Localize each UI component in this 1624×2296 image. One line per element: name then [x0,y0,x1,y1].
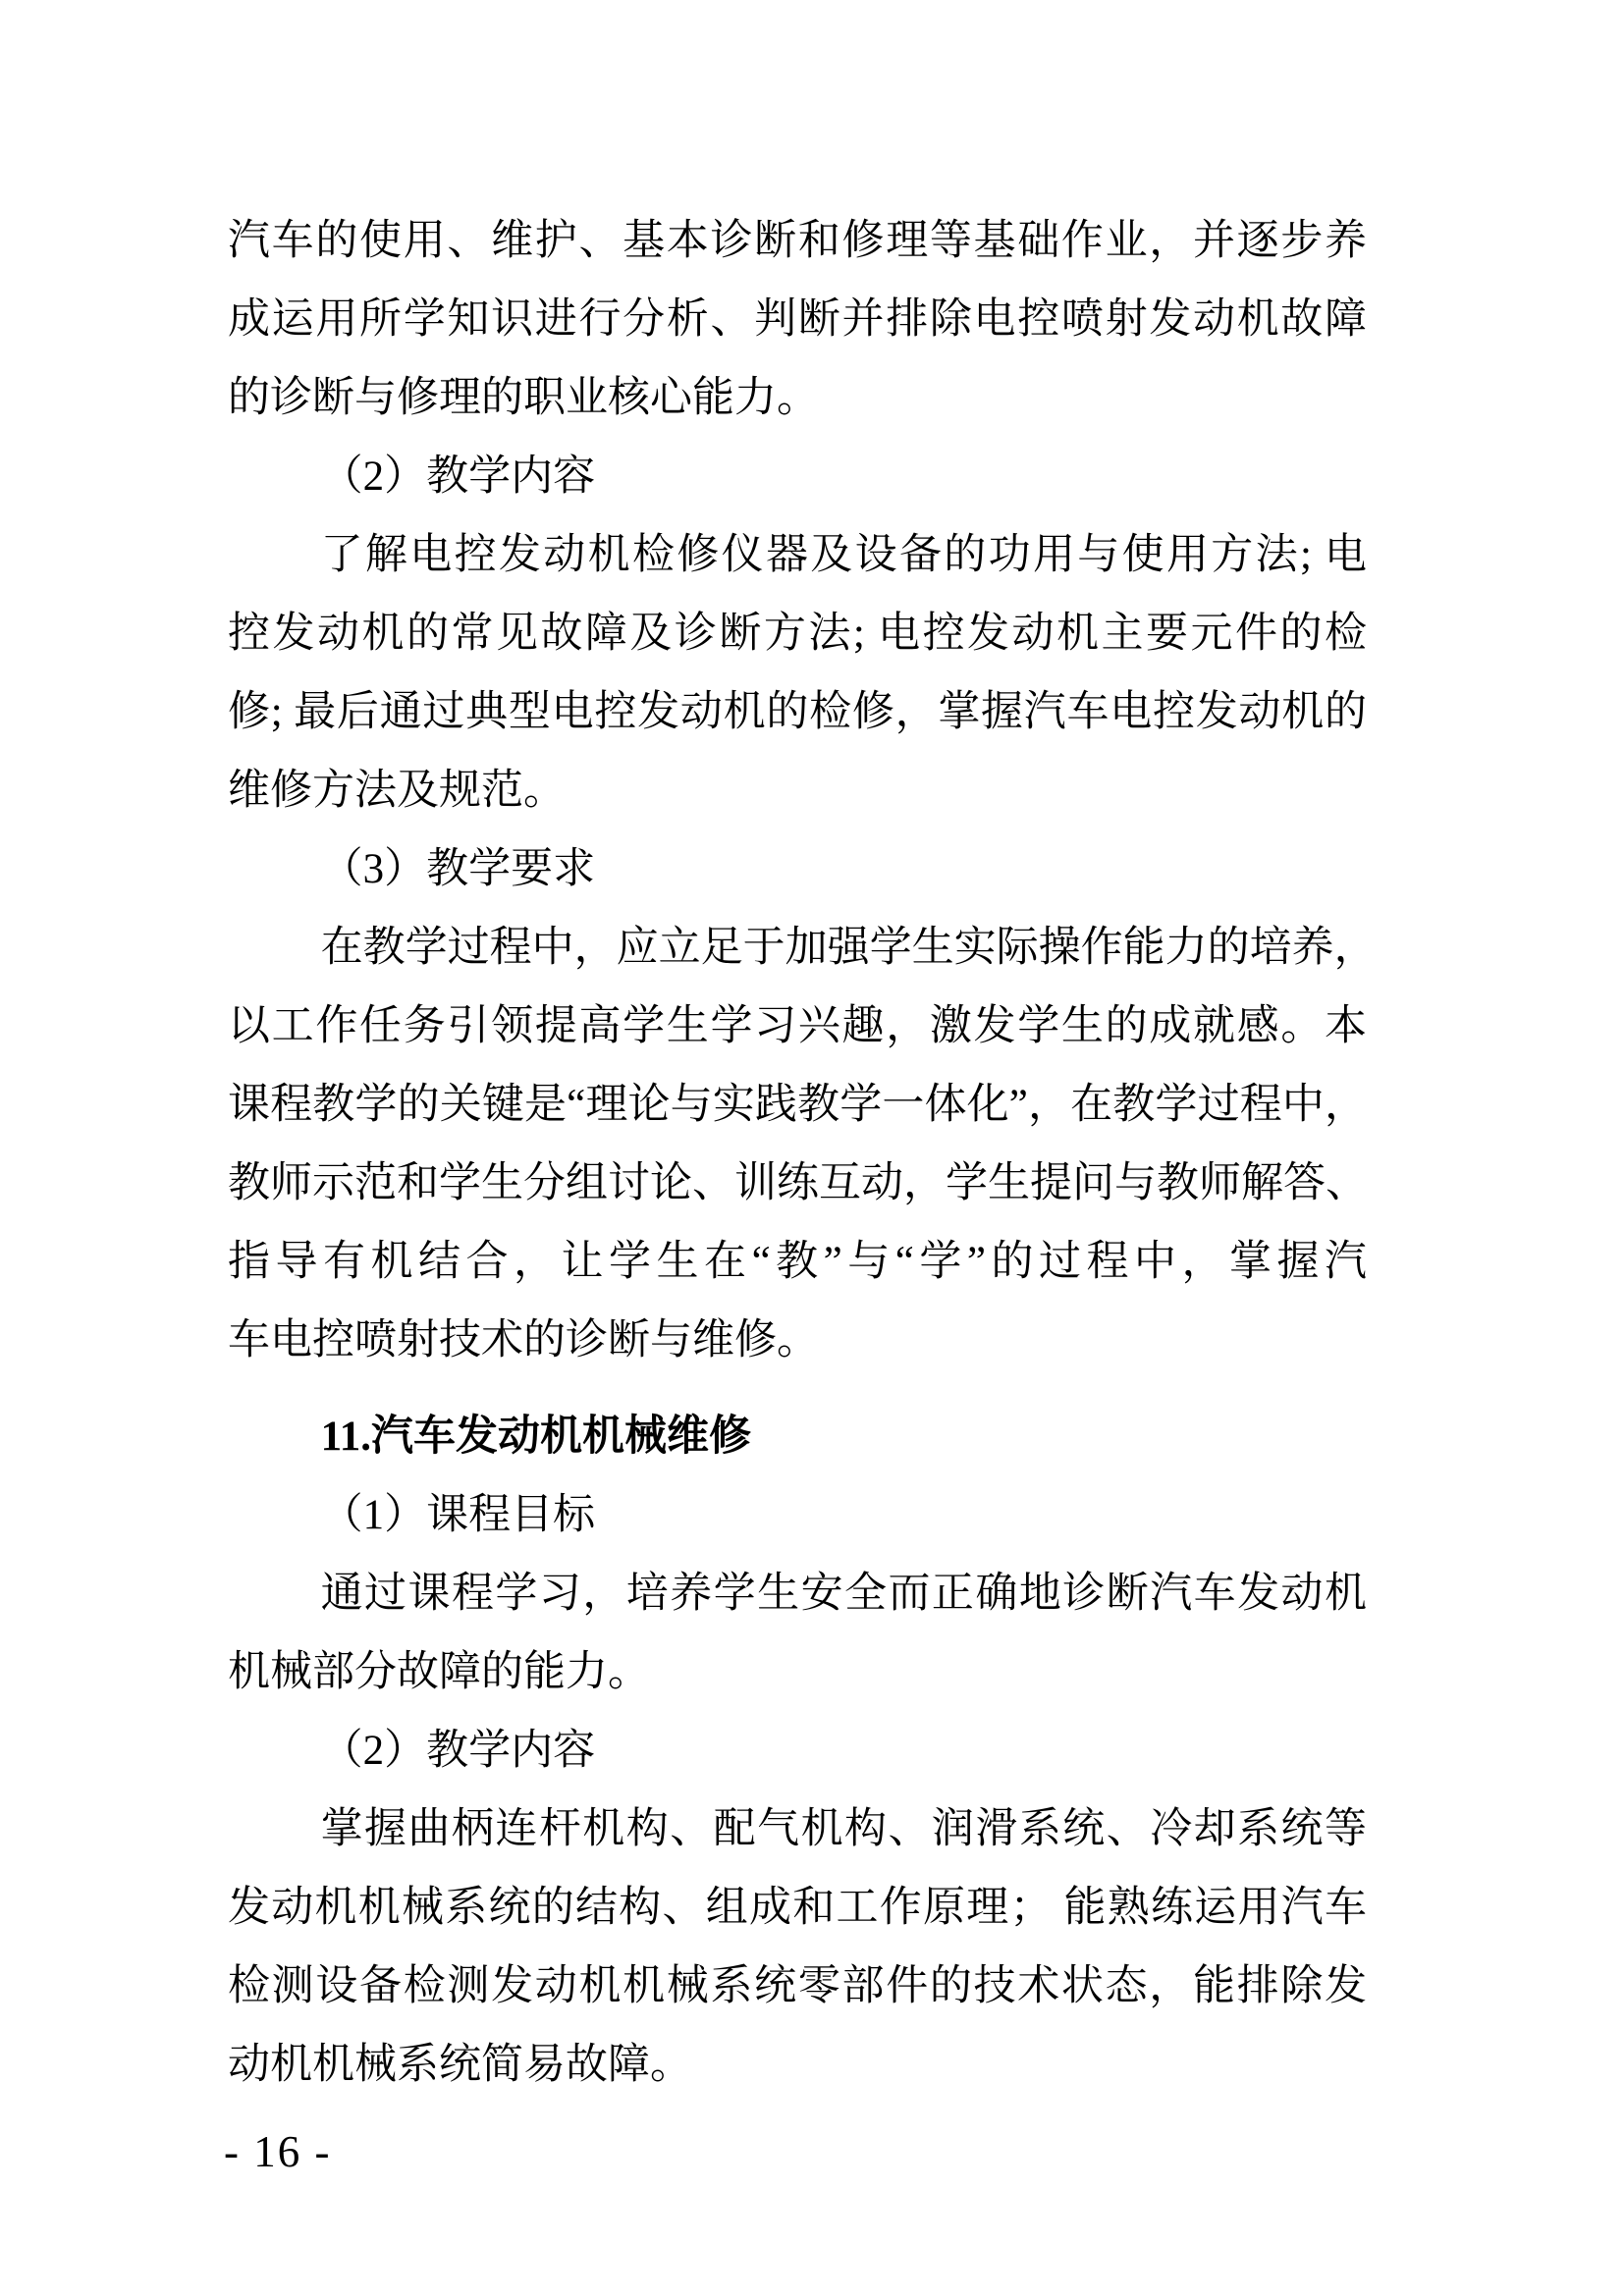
paragraph: 汽车的使用、维护、基本诊断和修理等基础作业，并逐步养成运用所学知识进行分析、判断… [228,202,1367,438]
text-line: 汽车的使用、维护、基本诊断和修理等基础作业，并逐步养 [228,202,1367,281]
paragraph: （2）教学内容 [228,438,1367,516]
paragraph: 掌握曲柄连杆机构、配气机构、润滑系统、冷却系统等发动机机械系统的结构、组成和工作… [228,1790,1367,2105]
text-line: （2）教学内容 [228,438,1367,516]
text-line: 动机机械系统简易故障。 [228,2026,1367,2105]
text-line: 指导有机结合，让学生在“教”与“学”的过程中，掌握汽 [228,1223,1367,1302]
text-line: （2）教学内容 [228,1712,1367,1790]
text-line: 车电控喷射技术的诊断与维修。 [228,1302,1367,1380]
section-heading: 11.汽车发动机机械维修 [228,1398,1367,1476]
paragraph: （3）教学要求 [228,830,1367,909]
text-line: （1）课程目标 [228,1476,1367,1555]
text-line: 教师示范和学生分组讨论、训练互动，学生提问与教师解答、 [228,1145,1367,1223]
text-line: 修; 最后通过典型电控发动机的检修，掌握汽车电控发动机的 [228,673,1367,752]
text-line: 通过课程学习，培养学生安全而正确地诊断汽车发动机 [228,1555,1367,1633]
paragraph: （2）教学内容 [228,1712,1367,1790]
text-line: 维修方法及规范。 [228,752,1367,830]
paragraph: （1）课程目标 [228,1476,1367,1555]
page-number: - 16 - [224,2127,331,2176]
page-body: 汽车的使用、维护、基本诊断和修理等基础作业，并逐步养成运用所学知识进行分析、判断… [228,202,1367,2105]
text-line: 掌握曲柄连杆机构、配气机构、润滑系统、冷却系统等 [228,1790,1367,1869]
text-line: 以工作任务引领提高学生学习兴趣，激发学生的成就感。本 [228,988,1367,1066]
paragraph: 在教学过程中，应立足于加强学生实际操作能力的培养，以工作任务引领提高学生学习兴趣… [228,909,1367,1380]
text-line: 成运用所学知识进行分析、判断并排除电控喷射发动机故障 [228,281,1367,359]
paragraph: 通过课程学习，培养学生安全而正确地诊断汽车发动机机械部分故障的能力。 [228,1555,1367,1712]
text-line: 机械部分故障的能力。 [228,1633,1367,1712]
text-line: （3）教学要求 [228,830,1367,909]
text-line: 了解电控发动机检修仪器及设备的功用与使用方法; 电 [228,516,1367,595]
document-page: 汽车的使用、维护、基本诊断和修理等基础作业，并逐步养成运用所学知识进行分析、判断… [0,0,1624,2296]
text-line: 检测设备检测发动机机械系统零部件的技术状态，能排除发 [228,1948,1367,2026]
text-line: 在教学过程中，应立足于加强学生实际操作能力的培养， [228,909,1367,988]
text-line: 控发动机的常见故障及诊断方法; 电控发动机主要元件的检 [228,595,1367,673]
text-line: 的诊断与修理的职业核心能力。 [228,359,1367,438]
text-line: 11.汽车发动机机械维修 [228,1398,1367,1476]
text-line: 课程教学的关键是“理论与实践教学一体化”，在教学过程中， [228,1066,1367,1145]
text-line: 发动机机械系统的结构、组成和工作原理； 能熟练运用汽车 [228,1869,1367,1948]
page-footer: - 16 - [224,2127,331,2176]
paragraph: 了解电控发动机检修仪器及设备的功用与使用方法; 电控发动机的常见故障及诊断方法;… [228,516,1367,830]
